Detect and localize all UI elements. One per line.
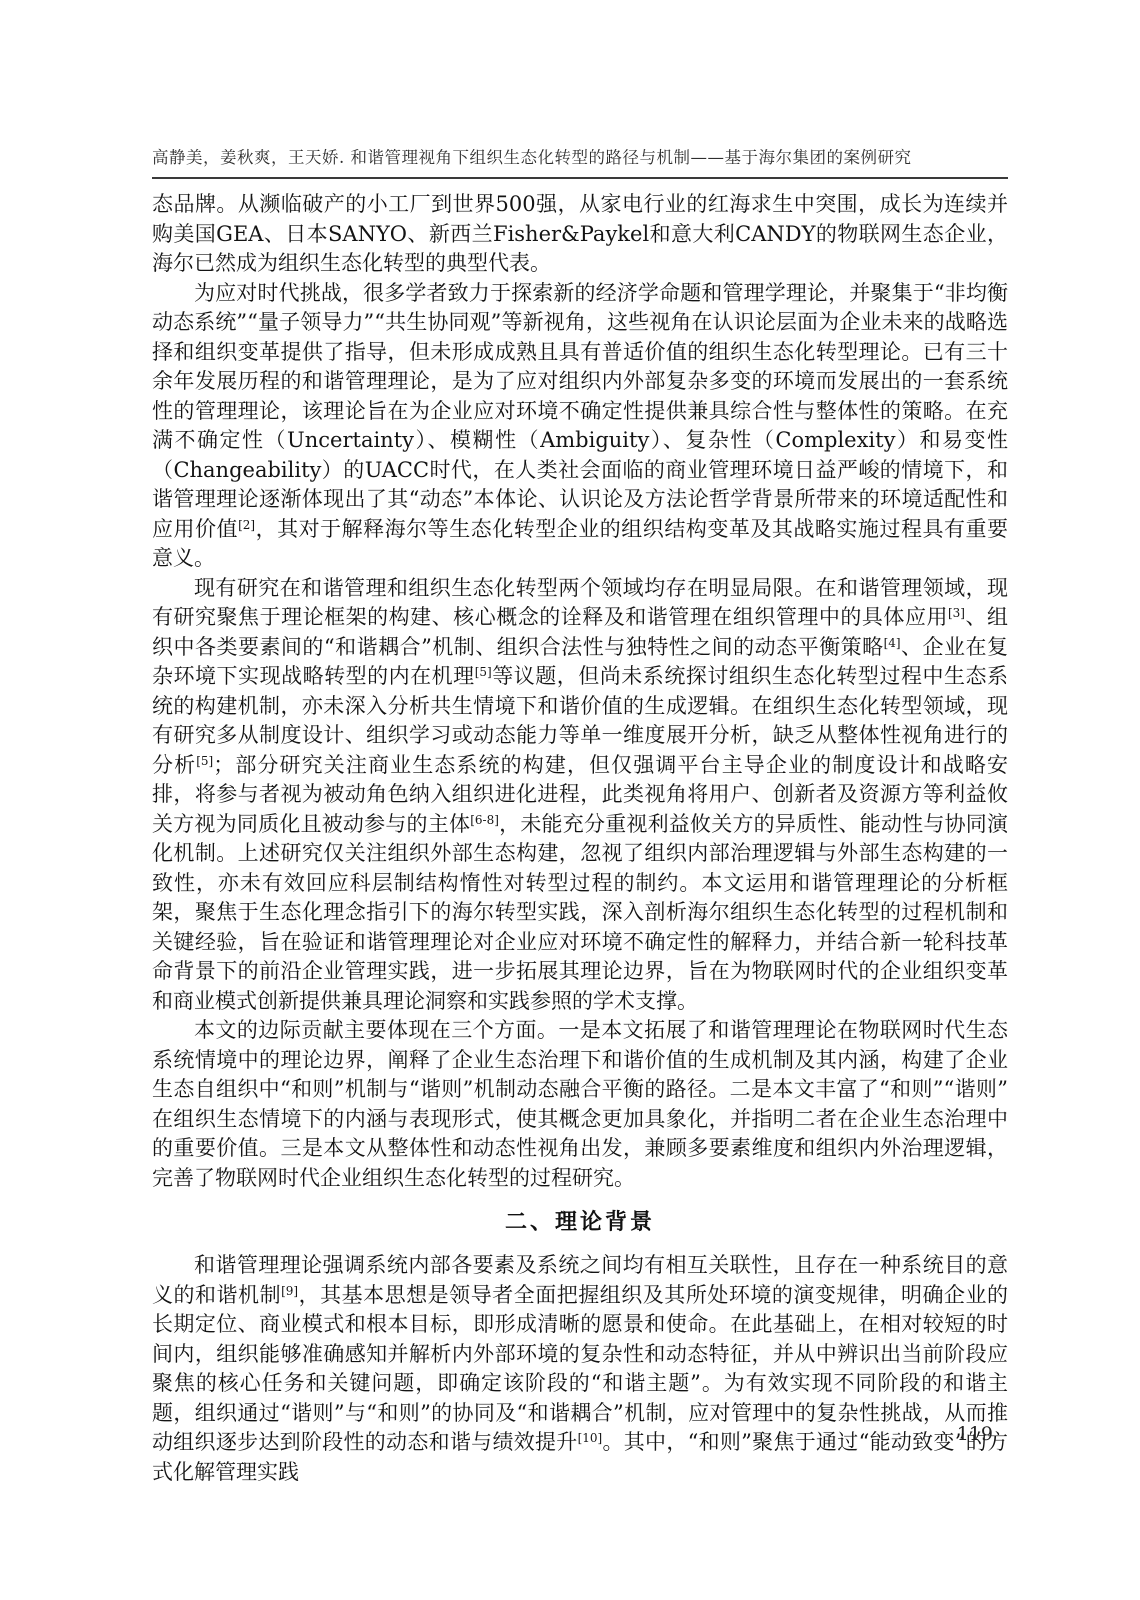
header-rule (152, 177, 1008, 179)
text-run: ，未能充分重视利益攸关方的异质性、能动性与协同演化机制。上述研究仅关注组织外部生… (152, 812, 1008, 1013)
citation-ref: [5] (196, 754, 213, 768)
running-header: 高静美，姜秋爽，王天娇. 和谐管理视角下组织生态化转型的路径与机制——基于海尔集… (152, 148, 1008, 179)
citation-ref: [3] (948, 606, 965, 620)
section-heading-theory-background: 二、理论背景 (152, 1208, 1008, 1238)
paragraph-research-gaps: 现有研究在和谐管理和组织生态化转型两个领域均存在明显局限。在和谐管理领域，现有研… (152, 574, 1008, 1017)
citation-ref: [4] (884, 636, 901, 650)
text-run: ，其基本思想是领导者全面把握组织及其所处环境的演变规律，明确企业的长期定位、商业… (152, 1283, 1008, 1455)
citation-ref: [9] (281, 1284, 298, 1298)
citation-ref: [2] (238, 518, 255, 532)
paragraph-challenges: 为应对时代挑战，很多学者致力于探索新的经济学命题和管理学理论，并聚集于“非均衡动… (152, 279, 1008, 574)
page-number: 119 (957, 1423, 993, 1445)
paragraph-contributions: 本文的边际贡献主要体现在三个方面。一是本文拓展了和谐管理理论在物联网时代生态系统… (152, 1016, 1008, 1193)
text-run: 态品牌。从濒临破产的小工厂到世界500强，从家电行业的红海求生中突围，成长为连续… (152, 192, 1008, 275)
paragraph-harmony-theory: 和谐管理理论强调系统内部各要素及系统之间均有相互关联性，且存在一种系统目的意义的… (152, 1251, 1008, 1487)
text-run: 本文的边际贡献主要体现在三个方面。一是本文拓展了和谐管理理论在物联网时代生态系统… (152, 1018, 1008, 1190)
citation-ref: [6-8] (470, 813, 499, 827)
document-page: 高静美，姜秋爽，王天娇. 和谐管理视角下组织生态化转型的路径与机制——基于海尔集… (0, 0, 1140, 1600)
citation-ref: [10] (578, 1431, 603, 1445)
text-run: ，其对于解释海尔等生态化转型企业的组织结构变革及其战略实施过程具有重要意义。 (152, 517, 1008, 571)
article-body: 态品牌。从濒临破产的小工厂到世界500强，从家电行业的红海求生中突围，成长为连续… (152, 190, 1008, 1487)
paragraph-continuation: 态品牌。从濒临破产的小工厂到世界500强，从家电行业的红海求生中突围，成长为连续… (152, 190, 1008, 279)
text-run: 现有研究在和谐管理和组织生态化转型两个领域均存在明显局限。在和谐管理领域，现有研… (152, 576, 1008, 630)
text-run: 为应对时代挑战，很多学者致力于探索新的经济学命题和管理学理论，并聚集于“非均衡动… (152, 281, 1008, 541)
header-citation: 高静美，姜秋爽，王天娇. 和谐管理视角下组织生态化转型的路径与机制——基于海尔集… (152, 148, 1008, 168)
citation-ref: [5] (475, 665, 492, 679)
